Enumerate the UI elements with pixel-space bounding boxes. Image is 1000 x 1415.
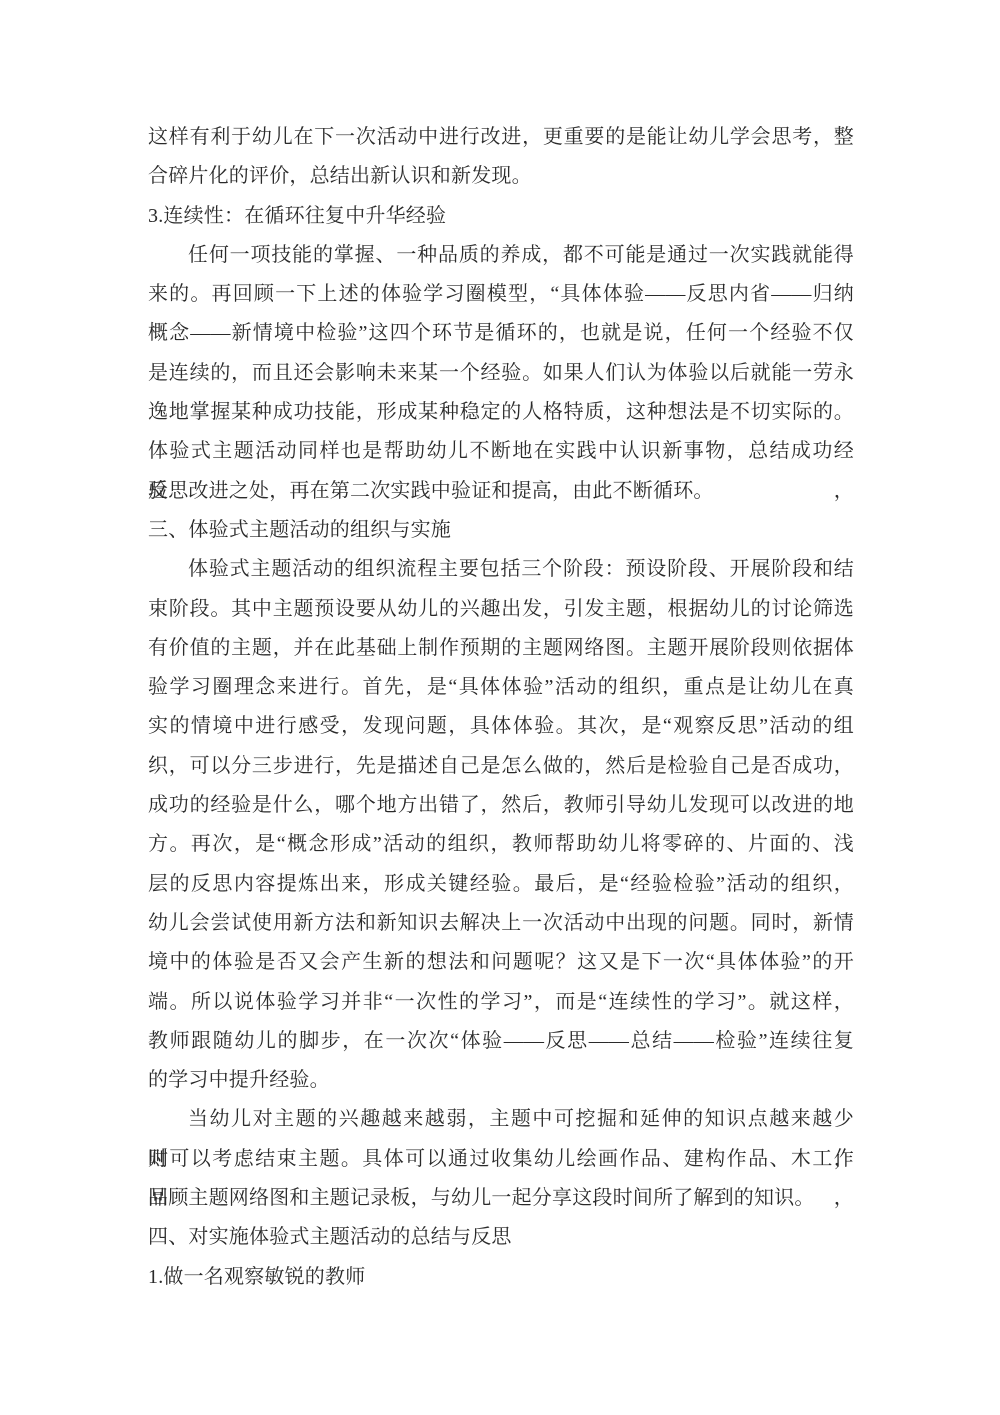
- text-line: 实的情境中进行感受，发现问题，具体体验。其次，是“观察反思”活动的组: [148, 707, 854, 746]
- heading-line: 三、体验式主题活动的组织与实施: [148, 511, 854, 550]
- text-line: 教师跟随幼儿的脚步，在一次次“体验——反思——总结——检验”连续往复: [148, 1022, 854, 1061]
- text-line: 织，可以分三步进行，先是描述自己是怎么做的，然后是检验自己是否成功，: [148, 747, 854, 786]
- text-line: 体验式主题活动同样也是帮助幼儿不断地在实践中认识新事物，总结成功经验，: [148, 432, 854, 471]
- text-line: 合碎片化的评价，总结出新认识和新发现。: [148, 157, 854, 196]
- text-line: 是连续的，而且还会影响未来某一个经验。如果人们认为体验以后就能一劳永: [148, 354, 854, 393]
- text-line: 成功的经验是什么，哪个地方出错了，然后，教师引导幼儿发现可以改进的地: [148, 786, 854, 825]
- text-line: 当幼儿对主题的兴趣越来越弱，主题中可挖掘和延伸的知识点越来越少时，: [148, 1100, 854, 1139]
- text-line: 来的。再回顾一下上述的体验学习圈模型，“具体体验——反思内省——归纳: [148, 275, 854, 314]
- text-line: 任何一项技能的掌握、一种品质的养成，都不可能是通过一次实践就能得: [148, 236, 854, 275]
- text-line: 逸地掌握某种成功技能，形成某种稳定的人格特质，这种想法是不切实际的。: [148, 393, 854, 432]
- text-line: 回顾主题网络图和主题记录板，与幼儿一起分享这段时间所了解到的知识。: [148, 1179, 854, 1218]
- text-line: 概念——新情境中检验”这四个环节是循环的，也就是说，任何一个经验不仅: [148, 314, 854, 353]
- document-text-block: 这样有利于幼儿在下一次活动中进行改进，更重要的是能让幼儿学会思考，整合碎片化的评…: [148, 118, 854, 1297]
- text-line: 境中的体验是否又会产生新的想法和问题呢？这又是下一次“具体体验”的开: [148, 943, 854, 982]
- text-line: 的学习中提升经验。: [148, 1061, 854, 1100]
- document-page: 这样有利于幼儿在下一次活动中进行改进，更重要的是能让幼儿学会思考，整合碎片化的评…: [0, 0, 1000, 1415]
- heading-line: 1.做一名观察敏锐的教师: [148, 1258, 854, 1297]
- text-line: 层的反思内容提炼出来，形成关键经验。最后，是“经验检验”活动的组织，: [148, 865, 854, 904]
- text-line: 这样有利于幼儿在下一次活动中进行改进，更重要的是能让幼儿学会思考，整: [148, 118, 854, 157]
- text-line: 则可以考虑结束主题。具体可以通过收集幼儿绘画作品、建构作品、木工作品，: [148, 1140, 854, 1179]
- text-line: 幼儿会尝试使用新方法和新知识去解决上一次活动中出现的问题。同时，新情: [148, 904, 854, 943]
- heading-line: 四、对实施体验式主题活动的总结与反思: [148, 1218, 854, 1257]
- text-line: 体验式主题活动的组织流程主要包括三个阶段：预设阶段、开展阶段和结: [148, 550, 854, 589]
- text-line: 束阶段。其中主题预设要从幼儿的兴趣出发，引发主题，根据幼儿的讨论筛选: [148, 590, 854, 629]
- text-line: 有价值的主题，并在此基础上制作预期的主题网络图。主题开展阶段则依据体: [148, 629, 854, 668]
- text-line: 端。所以说体验学习并非“一次性的学习”，而是“连续性的学习”。就这样，: [148, 983, 854, 1022]
- heading-line: 3.连续性：在循环往复中升华经验: [148, 197, 854, 236]
- text-line: 方。再次，是“概念形成”活动的组织，教师帮助幼儿将零碎的、片面的、浅: [148, 825, 854, 864]
- text-line: 验学习圈理念来进行。首先，是“具体体验”活动的组织，重点是让幼儿在真: [148, 668, 854, 707]
